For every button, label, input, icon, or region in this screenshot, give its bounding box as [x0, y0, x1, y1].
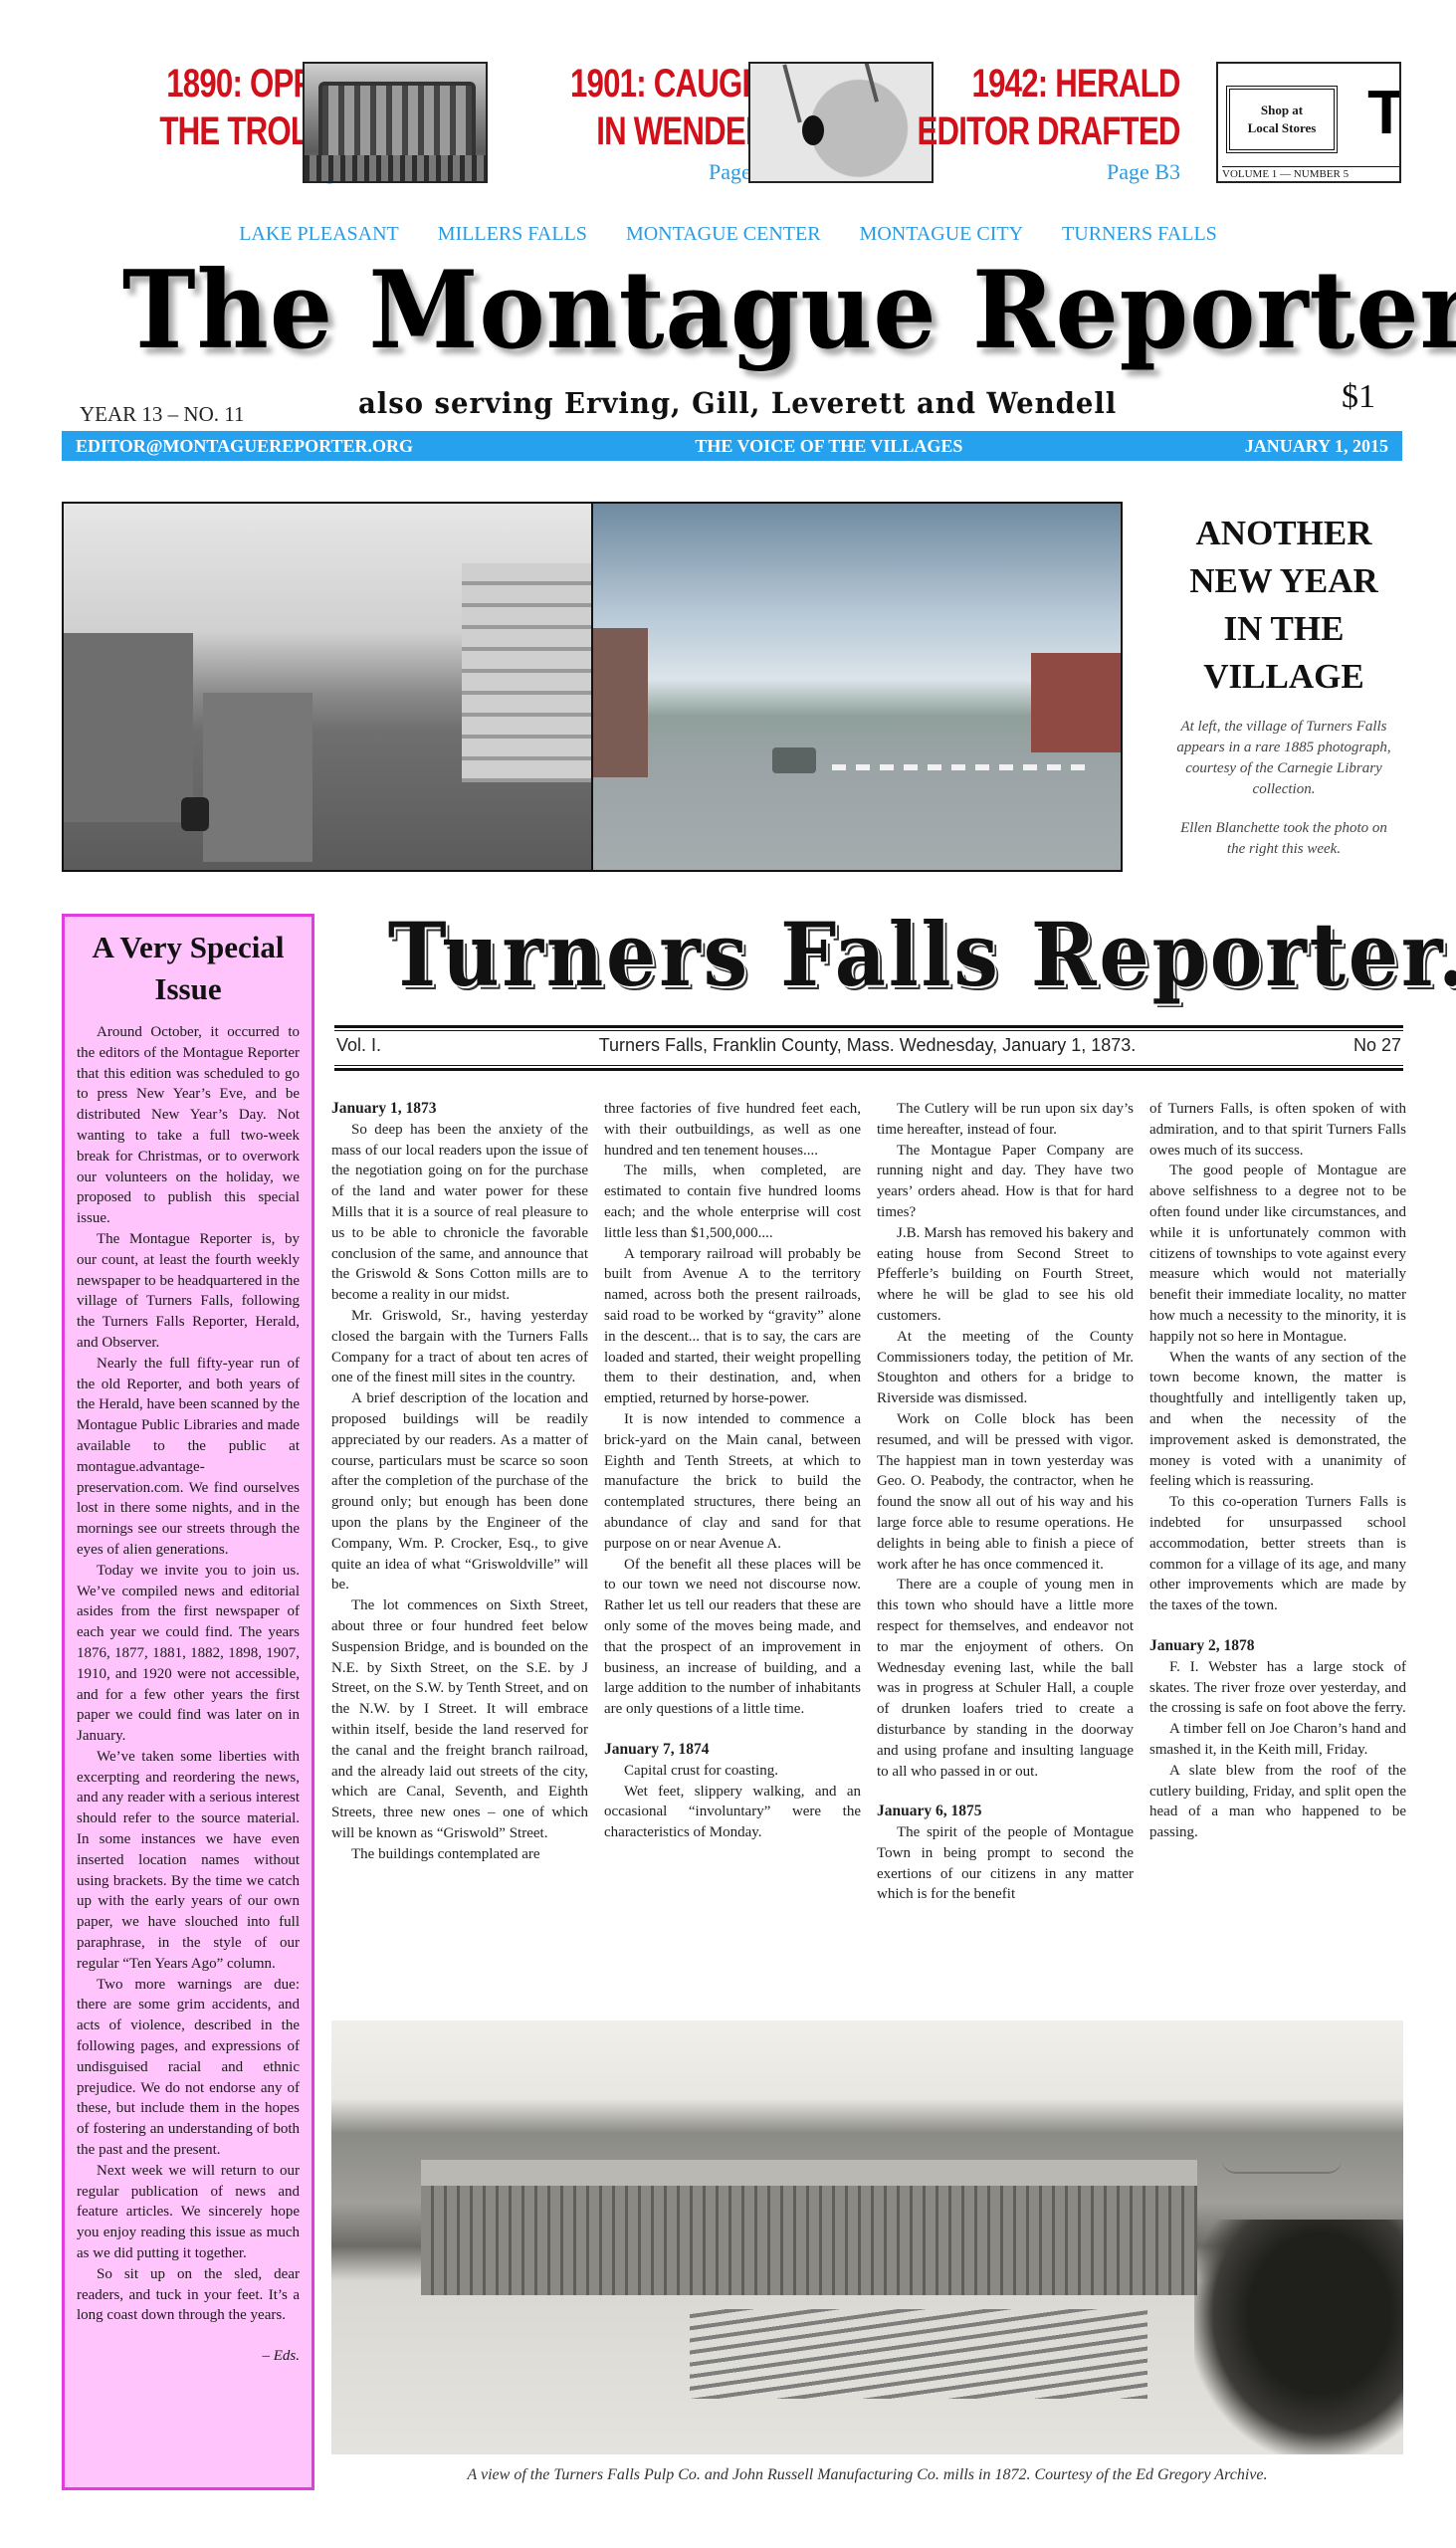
floating-logs — [690, 2309, 1147, 2399]
sidebar-paragraph: Today we invite you to join us. We’ve co… — [77, 1561, 300, 1747]
promo-text: 1901: CAUGHT IN WENDELL Page A6 — [511, 60, 782, 185]
promo-headline: EDITOR DRAFTED — [918, 107, 1180, 155]
article-columns: January 1, 1873 So deep has been the anx… — [331, 1099, 1406, 2019]
sidebar-paragraph: Around October, it occurred to the edito… — [77, 1022, 300, 1229]
info-bar: EDITOR@MONTAGUEREPORTER.ORG THE VOICE OF… — [62, 431, 1402, 461]
article-paragraph: Mr. Griswold, Sr., having yesterday clos… — [331, 1306, 588, 1388]
column-2: three factories of five hundred feet eac… — [604, 1099, 861, 2019]
herald-clipping-image: Shop at Local Stores T VOLUME 1 — NUMBER… — [1216, 62, 1401, 183]
article-paragraph: of Turners Falls, is often spoken of wit… — [1149, 1099, 1406, 1161]
sidebar-title: A Very Special Issue — [77, 927, 300, 1010]
sidebar-paragraph: So sit up on the sled, dear readers, and… — [77, 2264, 300, 2326]
article-paragraph: Wet feet, slippery walking, and an occas… — [604, 1782, 861, 1843]
photo-1885-turners-falls — [64, 504, 593, 870]
article-paragraph: Of the benefit all these places will be … — [604, 1555, 861, 1720]
article-paragraph: A brief description of the location and … — [331, 1388, 588, 1595]
editor-email-link[interactable]: EDITOR@MONTAGUEREPORTER.ORG — [76, 436, 413, 457]
village-link-turners-falls[interactable]: TURNERS FALLS — [1062, 223, 1217, 245]
article-paragraph: It is now intended to commence a brick-y… — [604, 1409, 861, 1555]
issue-date: JANUARY 1, 2015 — [1245, 436, 1388, 457]
sidebar-paragraph: We’ve taken some liberties with excerpti… — [77, 1747, 300, 1975]
old-masthead-title: Turners Falls Reporter. — [388, 902, 1351, 1007]
tagline: THE VOICE OF THE VILLAGES — [695, 436, 962, 457]
column-3: The Cutlery will be run upon six day’s t… — [877, 1099, 1134, 2019]
article-paragraph: A temporary railroad will probably be bu… — [604, 1244, 861, 1409]
promo-herald[interactable]: 1942: HERALD EDITOR DRAFTED Page B3 Shop… — [955, 60, 1403, 185]
rule — [334, 1025, 1403, 1031]
also-serving-line: also serving Erving, Gill, Leverett and … — [358, 386, 1117, 420]
article-paragraph: Capital crust for coasting. — [604, 1761, 861, 1782]
article-paragraph: At the meeting of the County Commissione… — [877, 1327, 1134, 1409]
masthead-title: The Montague Reporter — [122, 247, 1331, 374]
old-place-date: Turners Falls, Franklin County, Mass. We… — [599, 1035, 1137, 1056]
sidebar-signature: – Eds. — [77, 2346, 300, 2367]
column-1: January 1, 1873 So deep has been the anx… — [331, 1099, 588, 2019]
promo-text: 1942: HERALD EDITOR DRAFTED Page B3 — [843, 60, 1180, 185]
mills-1872-photo — [331, 2020, 1403, 2454]
article-paragraph: The Montague Paper Company are running n… — [877, 1141, 1134, 1223]
article-paragraph: The mills, when completed, are estimated… — [604, 1161, 861, 1243]
article-paragraph: Work on Colle block has been resumed, an… — [877, 1409, 1134, 1575]
suspension-bridge — [1222, 2160, 1342, 2174]
sidebar-paragraph: The Montague Reporter is, by our count, … — [77, 1229, 300, 1354]
issue-number: YEAR 13 – NO. 11 — [80, 402, 244, 427]
old-number: No 27 — [1353, 1035, 1401, 1056]
article-paragraph: When the wants of any section of the tow… — [1149, 1348, 1406, 1493]
sidebar-paragraph: Two more warnings are due: there are som… — [77, 1975, 300, 2161]
special-issue-sidebar: A Very Special Issue Around October, it … — [62, 914, 314, 2490]
village-link-montague-center[interactable]: MONTAGUE CENTER — [626, 223, 821, 245]
trolley-photo — [303, 62, 488, 183]
promo-page-link[interactable]: Page B3 — [843, 159, 1180, 185]
village-link-montague-city[interactable]: MONTAGUE CITY — [860, 223, 1024, 245]
clip-text: Local Stores — [1248, 119, 1317, 137]
feature-title: ANOTHER NEW YEAR IN THE VILLAGE — [1135, 510, 1433, 701]
article-paragraph: The Cutlery will be run upon six day’s t… — [877, 1099, 1134, 1141]
old-volume: Vol. I. — [336, 1035, 381, 1056]
article-paragraph: So deep has been the anxiety of the mass… — [331, 1120, 588, 1306]
sidebar-paragraph: Nearly the full fifty-year run of the ol… — [77, 1354, 300, 1561]
article-paragraph: There are a couple of young men in this … — [877, 1575, 1134, 1782]
village-link-millers-falls[interactable]: MILLERS FALLS — [438, 223, 587, 245]
article-paragraph: A slate blew from the roof of the cutler… — [1149, 1761, 1406, 1843]
crosswalk — [832, 764, 1091, 770]
article-paragraph: F. I. Webster has a large stock of skate… — [1149, 1657, 1406, 1719]
column-4: of Turners Falls, is often spoken of wit… — [1149, 1099, 1406, 2019]
price: $1 — [1342, 378, 1375, 416]
mill-photo-caption: A view of the Turners Falls Pulp Co. and… — [331, 2466, 1403, 2484]
article-paragraph: J.B. Marsh has removed his bakery and ea… — [877, 1223, 1134, 1327]
clip-letter: T — [1367, 84, 1401, 143]
promo-trolley[interactable]: 1890: OPPOSE THE TROLLEY! Page A4 — [82, 60, 500, 185]
article-paragraph: The good people of Montague are above se… — [1149, 1161, 1406, 1347]
rule — [334, 1065, 1403, 1071]
article-paragraph: To this co-operation Turners Falls is in… — [1149, 1492, 1406, 1616]
village-nav: LAKE PLEASANT MILLERS FALLS MONTAGUE CEN… — [0, 223, 1456, 246]
article-paragraph: The lot commences on Sixth Street, about… — [331, 1595, 588, 1844]
horse-figure — [181, 797, 209, 831]
sidebar-paragraph: Next week we will return to our regular … — [77, 2161, 300, 2264]
old-dateline: Vol. I. Turners Falls, Franklin County, … — [336, 1035, 1401, 1056]
truck-figure — [772, 747, 816, 773]
article-dateline: January 6, 1875 — [877, 1802, 1134, 1822]
photo-2015-turners-falls — [593, 504, 1121, 870]
article-paragraph: three factories of five hundred feet eac… — [604, 1099, 861, 1161]
clip-text: Shop at — [1261, 102, 1303, 119]
feature-headline-block: ANOTHER NEW YEAR IN THE VILLAGE At left,… — [1135, 510, 1433, 860]
article-dateline: January 1, 1873 — [331, 1099, 588, 1120]
article-paragraph: The buildings contemplated are — [331, 1844, 588, 1865]
shop-local-box: Shop at Local Stores — [1226, 86, 1338, 153]
before-after-photos — [62, 502, 1123, 872]
article-dateline: January 7, 1874 — [604, 1740, 861, 1761]
article-dateline: January 2, 1878 — [1149, 1636, 1406, 1657]
article-paragraph: A timber fell on Joe Charon’s hand and s… — [1149, 1719, 1406, 1761]
promo-headline: 1942: HERALD — [918, 60, 1180, 107]
promo-page-link[interactable]: Page A6 — [511, 159, 782, 185]
clip-volume: VOLUME 1 — NUMBER 5 — [1222, 166, 1399, 181]
article-paragraph: The spirit of the people of Montague Tow… — [877, 1822, 1134, 1905]
village-link-lake-pleasant[interactable]: LAKE PLEASANT — [239, 223, 399, 245]
feature-caption: At left, the village of Turners Falls ap… — [1135, 717, 1433, 860]
